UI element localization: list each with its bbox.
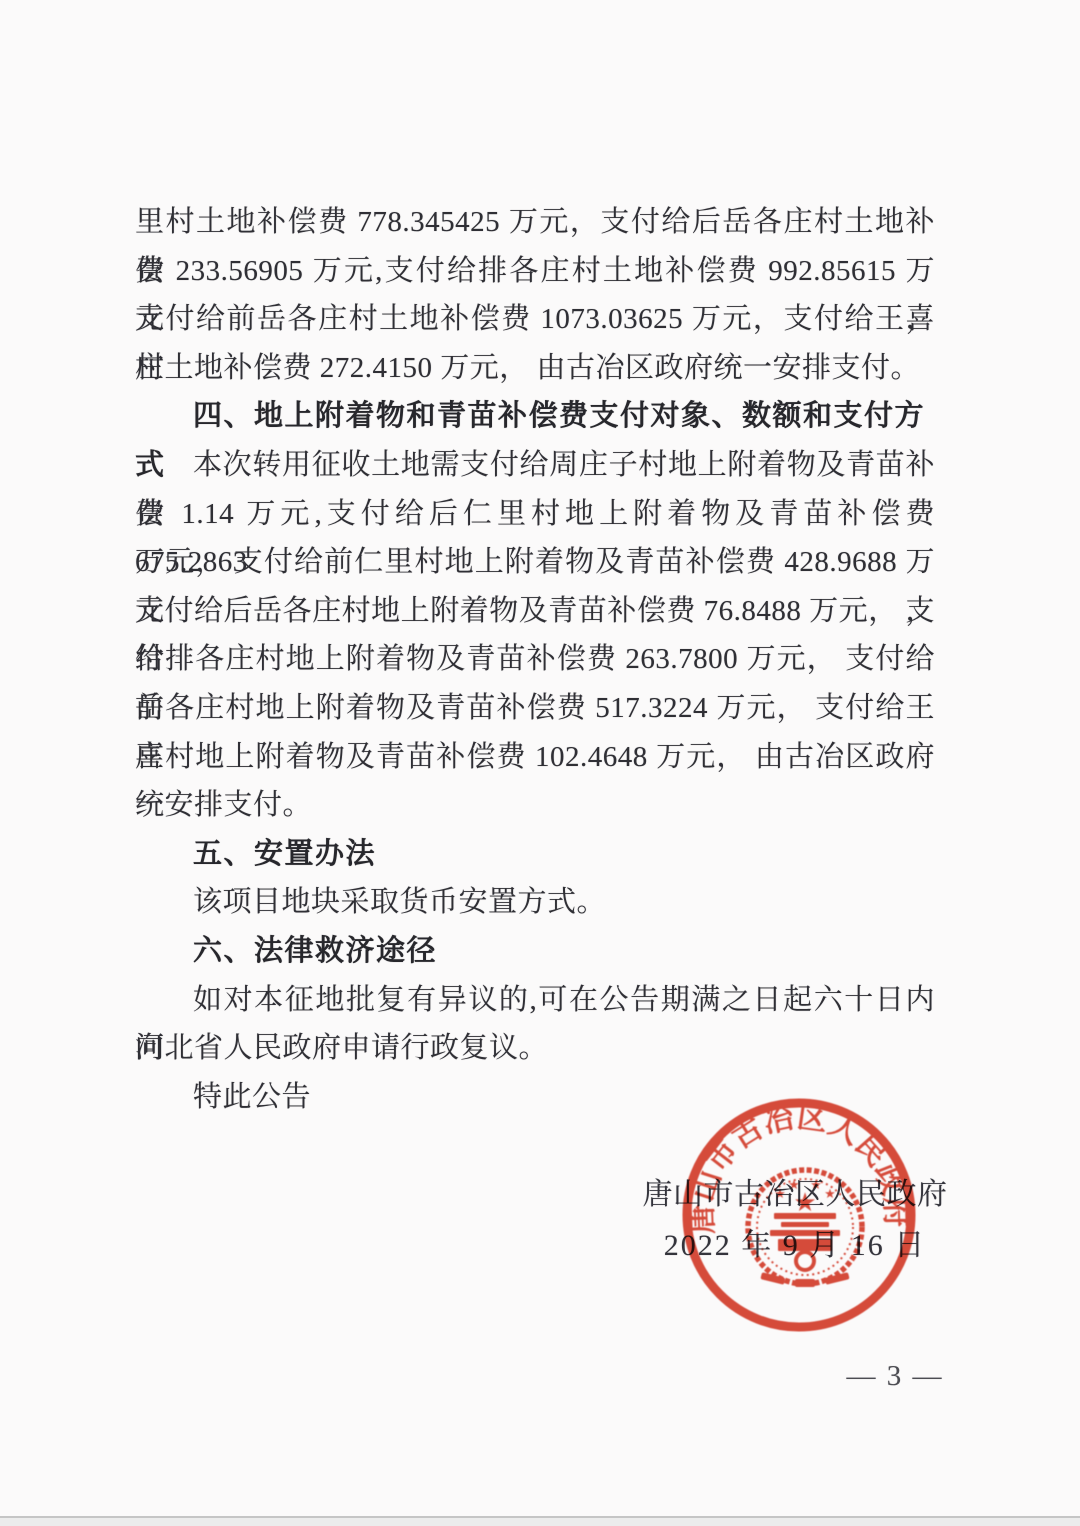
text-line: 岳各庄村地上附着物及青苗补偿费 517.3224 万元， 支付给王喜 <box>135 684 935 733</box>
scan-bottom-edge <box>0 1516 1080 1526</box>
text-line: 一安排支付。 <box>135 781 935 830</box>
text-line: 万元， 支付给前仁里村地上附着物及青苗补偿费 428.9688 万元， <box>135 538 935 587</box>
text-line: 庄村地上附着物及青苗补偿费 102.4648 万元， 由古冶区政府统 <box>135 733 935 782</box>
section-heading-5: 五、安置办法 <box>135 830 935 879</box>
emblem-big-star-icon: ★ <box>793 1188 816 1217</box>
announcement-body: 里村土地补偿费 778.345425 万元，支付给后岳各庄村土地补偿 费 233… <box>135 198 935 1121</box>
text-line: 支付给后岳各庄村地上附着物及青苗补偿费 76.8488 万元， 支付 <box>135 587 935 636</box>
emblem-small-star-icon: ★ <box>774 1186 786 1201</box>
text-line: 里村土地补偿费 778.345425 万元，支付给后岳各庄村土地补偿 <box>135 198 935 247</box>
official-seal-icon: 唐山市古冶区人民政府 ★ ★ ★ ★ ★ <box>679 1095 919 1335</box>
emblem-small-star-icon: ★ <box>810 1177 822 1192</box>
text-line: 河北省人民政府申请行政复议。 <box>135 1024 935 1073</box>
text-line: 费 1.14 万元,支付给后仁里村地上附着物及青苗补偿费 675.2863 <box>135 490 935 539</box>
page-number: — 3 — <box>820 1360 970 1393</box>
section-heading-6: 六、法律救济途径 <box>135 927 935 976</box>
emblem-small-star-icon: ★ <box>824 1186 836 1201</box>
text-line: 本次转用征收土地需支付给周庄子村地上附着物及青苗补偿 <box>135 441 935 490</box>
text-line: 该项目地块采取货币安置方式。 <box>135 878 935 927</box>
text-line: 费 233.56905 万元,支付给排各庄村土地补偿费 992.85615 万元… <box>135 247 935 296</box>
text-line: 支付给前岳各庄村土地补偿费 1073.03625 万元，支付给王喜庄 <box>135 295 935 344</box>
text-line: 给排各庄村地上附着物及青苗补偿费 263.7800 万元， 支付给前 <box>135 635 935 684</box>
text-line: 如对本征地批复有异议的,可在公告期满之日起六十日内向 <box>135 976 935 1025</box>
text-line: 村土地补偿费 272.4150 万元， 由古冶区政府统一安排支付。 <box>135 344 935 393</box>
national-emblem-icon: ★ ★ ★ ★ ★ <box>748 1170 862 1287</box>
document-page: 里村土地补偿费 778.345425 万元，支付给后岳各庄村土地补偿 费 233… <box>0 0 1080 1526</box>
section-heading-4: 四、地上附着物和青苗补偿费支付对象、数额和支付方式 <box>135 392 935 441</box>
emblem-small-star-icon: ★ <box>788 1177 800 1192</box>
